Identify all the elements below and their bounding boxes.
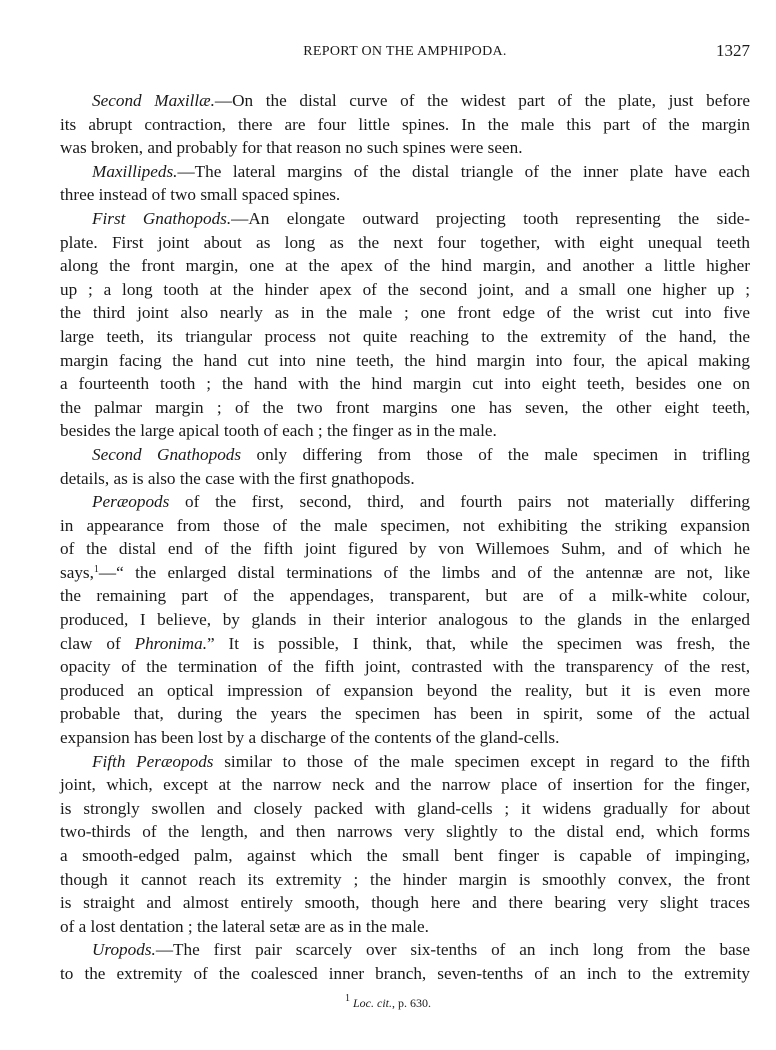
line-text: says,1—“ the enlarged distal termination…: [60, 563, 750, 582]
line-text: —The lateral margins of the distal trian…: [177, 162, 750, 181]
text-line: opacity of the termination of the fifth …: [60, 655, 750, 679]
text-line: claw of Phronima.” It is possible, I thi…: [60, 632, 750, 656]
line-text: in appearance from those of the male spe…: [60, 516, 750, 535]
line-text: the remaining part of the appendages, tr…: [60, 586, 750, 605]
line-text: margin facing the hand cut into nine tee…: [60, 351, 750, 370]
line-text: a smooth-edged palm, against which the s…: [60, 846, 750, 865]
line-text: is strongly swollen and closely packed w…: [60, 799, 750, 818]
text-line: is strongly swollen and closely packed w…: [60, 797, 750, 821]
line-text: large teeth, its triangular process not …: [60, 327, 750, 346]
text-line: First Gnathopods.—An elongate outward pr…: [60, 207, 750, 231]
text-line: expansion has been lost by a discharge o…: [60, 726, 750, 750]
text-line: two-thirds of the length, and then narro…: [60, 820, 750, 844]
footnote-marker: 1: [345, 993, 350, 1004]
line-text: besides the large apical tooth of each ;…: [60, 421, 497, 440]
line-text: probable that, during the years the spec…: [60, 704, 750, 723]
paragraph-heading: Peræopods: [92, 492, 169, 511]
text-line: three instead of two small spaced spines…: [60, 183, 750, 207]
text-line: Uropods.—The first pair scarcely over si…: [60, 938, 750, 962]
paragraph-heading: Maxillipeds.: [92, 162, 177, 181]
line-text: similar to those of the male specimen ex…: [214, 752, 751, 771]
line-text: expansion has been lost by a discharge o…: [60, 728, 559, 747]
line-text: along the front margin, one at the apex …: [60, 256, 750, 275]
line-text: is straight and almost entirely smooth, …: [60, 893, 750, 912]
text-line: details, as is also the case with the fi…: [60, 467, 750, 491]
line-text: two-thirds of the length, and then narro…: [60, 822, 750, 841]
text-line: margin facing the hand cut into nine tee…: [60, 349, 750, 373]
text-line: probable that, during the years the spec…: [60, 702, 750, 726]
line-text: was broken, and probably for that reason…: [60, 138, 523, 157]
text-line: up ; a long tooth at the hinder apex of …: [60, 278, 750, 302]
text-line: to the extremity of the coalesced inner …: [60, 962, 750, 986]
paragraph: Fifth Peræopods similar to those of the …: [60, 750, 750, 939]
paragraph: Maxillipeds.—The lateral margins of the …: [60, 160, 750, 207]
text-line: in appearance from those of the male spe…: [60, 514, 750, 538]
book-page: REPORT ON THE AMPHIPODA. 1327 Second Max…: [0, 0, 776, 1050]
line-text: of a lost dentation ; the lateral setæ a…: [60, 917, 429, 936]
footnote-citation: Loc. cit.: [353, 996, 392, 1010]
paragraph: Peræopods of the first, second, third, a…: [60, 490, 750, 750]
text-line: along the front margin, one at the apex …: [60, 254, 750, 278]
text-line: produced, I believe, by glands in their …: [60, 608, 750, 632]
line-text: three instead of two small spaced spines…: [60, 185, 340, 204]
paragraph-heading: Second Gnathopods: [92, 445, 241, 464]
text-line: the palmar margin ; of the two front mar…: [60, 396, 750, 420]
line-text: up ; a long tooth at the hinder apex of …: [60, 280, 750, 299]
paragraph: Uropods.—The first pair scarcely over si…: [60, 938, 750, 985]
footnote-rest: , p. 630.: [392, 996, 431, 1010]
text-line: of the distal end of the fifth joint fig…: [60, 537, 750, 561]
line-text: of the distal end of the fifth joint fig…: [60, 539, 750, 558]
paragraph: First Gnathopods.—An elongate outward pr…: [60, 207, 750, 443]
line-text: only differing from those of the male sp…: [241, 445, 750, 464]
text-line: Second Maxillæ.—On the distal curve of t…: [60, 89, 750, 113]
body-text: Second Maxillæ.—On the distal curve of t…: [60, 89, 750, 986]
paragraph-heading: Second Maxillæ.: [92, 91, 215, 110]
line-text: opacity of the termination of the fifth …: [60, 657, 750, 676]
line-text: joint, which, except at the narrow neck …: [60, 775, 750, 794]
running-title: REPORT ON THE AMPHIPODA.: [60, 44, 750, 60]
text-line: is straight and almost entirely smooth, …: [60, 891, 750, 915]
line-text: —On the distal curve of the widest part …: [215, 91, 750, 110]
paragraph: Second Maxillæ.—On the distal curve of t…: [60, 89, 750, 160]
text-line: Second Gnathopods only differing from th…: [60, 443, 750, 467]
running-head: REPORT ON THE AMPHIPODA. 1327: [60, 44, 750, 66]
paragraph: Second Gnathopods only differing from th…: [60, 443, 750, 490]
text-line: its abrupt contraction, there are four l…: [60, 113, 750, 137]
line-text: though it cannot reach its extremity ; t…: [60, 870, 750, 889]
paragraph-heading: Fifth Peræopods: [92, 752, 214, 771]
text-line: Maxillipeds.—The lateral margins of the …: [60, 160, 750, 184]
line-text: a fourteenth tooth ; the hand with the h…: [60, 374, 750, 393]
line-text: its abrupt contraction, there are four l…: [60, 115, 750, 134]
text-line: the remaining part of the appendages, tr…: [60, 584, 750, 608]
line-text: the third joint also nearly as in the ma…: [60, 303, 750, 322]
text-line: joint, which, except at the narrow neck …: [60, 773, 750, 797]
text-line: produced an optical impression of expans…: [60, 679, 750, 703]
line-text: —The first pair scarcely over six-tenths…: [156, 940, 750, 959]
text-line: of a lost dentation ; the lateral setæ a…: [60, 915, 750, 939]
line-text: produced an optical impression of expans…: [60, 681, 750, 700]
text-line: says,1—“ the enlarged distal termination…: [60, 561, 750, 585]
text-line: large teeth, its triangular process not …: [60, 325, 750, 349]
paragraph-heading: Uropods.: [92, 940, 156, 959]
line-text: the palmar margin ; of the two front mar…: [60, 398, 750, 417]
line-text: of the first, second, third, and fourth …: [169, 492, 750, 511]
footnote: 1 Loc. cit., p. 630.: [0, 996, 776, 1011]
paragraph-heading: First Gnathopods.: [92, 209, 231, 228]
line-text: plate. First joint about as long as the …: [60, 233, 750, 252]
text-line: Fifth Peræopods similar to those of the …: [60, 750, 750, 774]
line-text: produced, I believe, by glands in their …: [60, 610, 750, 629]
text-line: a fourteenth tooth ; the hand with the h…: [60, 372, 750, 396]
text-line: plate. First joint about as long as the …: [60, 231, 750, 255]
text-line: though it cannot reach its extremity ; t…: [60, 868, 750, 892]
text-line: besides the large apical tooth of each ;…: [60, 419, 750, 443]
text-line: a smooth-edged palm, against which the s…: [60, 844, 750, 868]
line-text: details, as is also the case with the fi…: [60, 469, 415, 488]
line-text: to the extremity of the coalesced inner …: [60, 964, 750, 983]
line-text: claw of Phronima.” It is possible, I thi…: [60, 634, 750, 653]
text-line: was broken, and probably for that reason…: [60, 136, 750, 160]
page-number: 1327: [716, 41, 750, 61]
text-line: Peræopods of the first, second, third, a…: [60, 490, 750, 514]
text-line: the third joint also nearly as in the ma…: [60, 301, 750, 325]
line-text: —An elongate outward projecting tooth re…: [231, 209, 750, 228]
